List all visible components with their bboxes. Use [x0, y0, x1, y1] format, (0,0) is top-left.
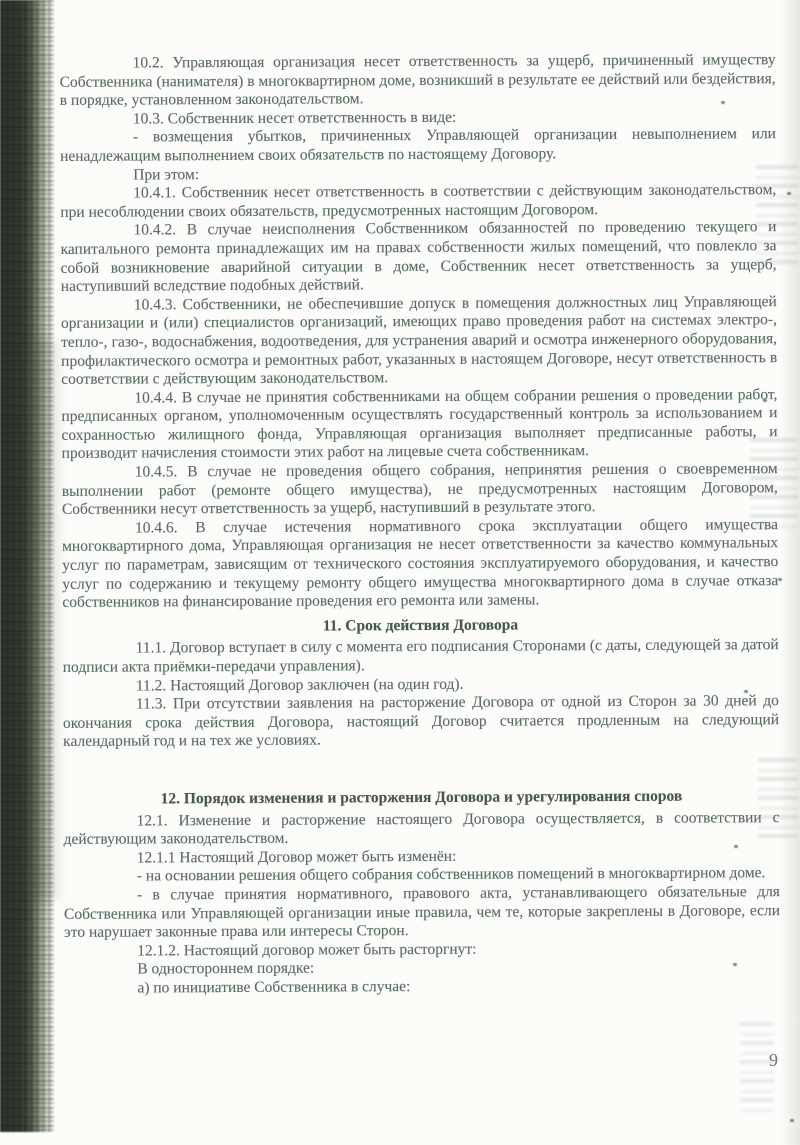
- scan-binding-shadow: [30, 340, 64, 900]
- paragraph-11-3: 11.3. При отсутствии заявления на растор…: [63, 692, 779, 752]
- paragraph-10-4-1: 10.4.1. Собственник несет ответственност…: [60, 181, 776, 222]
- section-heading-11: 11. Срок действия Договора: [62, 615, 778, 637]
- scanned-contract-page: 10.2. Управляющая организация несет отве…: [0, 0, 800, 1145]
- paragraph-12-1: 12.1. Изменение и расторжение настоящего…: [64, 809, 780, 850]
- paragraph-10-4-2: 10.4.2. В случае неисполнения Собственни…: [60, 218, 776, 296]
- section-heading-12: 12. Порядок изменения и расторжения Дого…: [63, 787, 779, 809]
- contract-text-body: 10.2. Управляющая организация несет отве…: [60, 51, 781, 998]
- paragraph-10-4-4: 10.4.4. В случае не принятия собственник…: [61, 386, 777, 464]
- paragraph-10-4-5: 10.4.5. В случае не проведения общего со…: [62, 460, 778, 520]
- list-item-compensation: - возмещения убытков, причиненных Управл…: [60, 126, 776, 167]
- list-item-dash-2: - в случае принятия нормативного, правов…: [64, 883, 780, 943]
- paragraph-11-1: 11.1. Договор вступает в силу с момента …: [63, 637, 779, 678]
- paragraph-10-2: 10.2. Управляющая организация несет отве…: [60, 51, 776, 111]
- paragraph-10-4-3: 10.4.3. Собственники, не обеспечившие до…: [61, 293, 777, 390]
- paragraph-10-4-6: 10.4.6. В случае истечения нормативного …: [62, 516, 778, 613]
- paragraph-owner-initiative: а) по инициативе Собственника в случае:: [64, 976, 780, 998]
- page-number: 9: [769, 1050, 778, 1071]
- page-right-edge: [780, 0, 800, 1145]
